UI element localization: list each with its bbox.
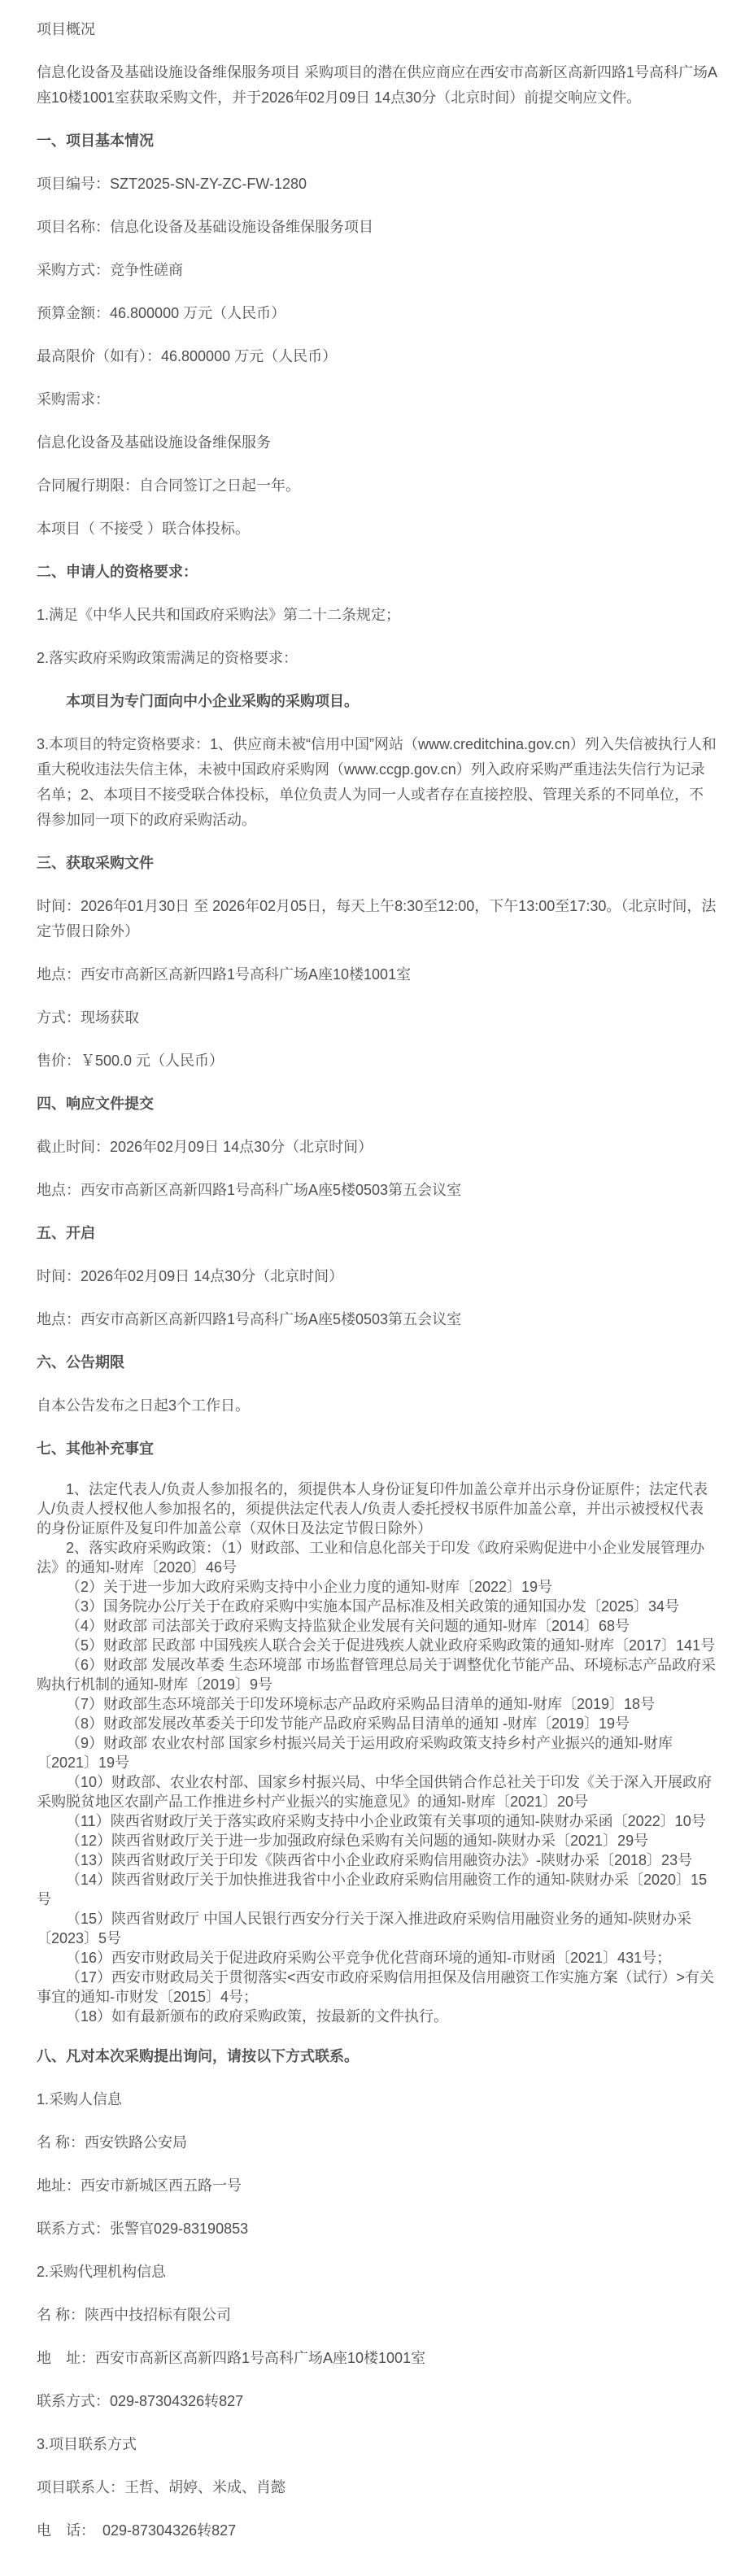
paragraph: 联系方式：029-87304326转827 bbox=[37, 2389, 717, 2414]
policy-item: （14）陕西省财政厅关于加快推进我省中小企业政府采购信用融资工作的通知-陕财办采… bbox=[37, 1870, 717, 1909]
policy-item: （4）财政部 司法部关于政府采购支持监狱企业发展有关问题的通知-财库〔2014〕… bbox=[37, 1616, 717, 1636]
paragraph: 2.采购代理机构信息 bbox=[37, 2260, 717, 2285]
paragraph: 采购需求： bbox=[37, 387, 717, 412]
policy-item: （17）西安市财政局关于贯彻落实<西安市政府采购信用担保及信用融资工作实施方案（… bbox=[37, 1968, 717, 2007]
paragraph: 合同履行期限：自合同签订之日起一年。 bbox=[37, 473, 717, 499]
policy-item: （12）陕西省财政厅关于进一步加强政府绿色采购有关问题的通知-陕财办采〔2021… bbox=[37, 1831, 717, 1850]
policy-item: （16）西安市财政局关于促进政府采购公平竞争优化营商环境的通知-市财函〔2021… bbox=[37, 1948, 717, 1968]
paragraph: 1.采购人信息 bbox=[37, 2087, 717, 2112]
paragraph: 信息化设备及基础设施设备维保服务 bbox=[37, 430, 717, 455]
paragraph: 信息化设备及基础设施设备维保服务项目 采购项目的潜在供应商应在西安市高新区高新四… bbox=[37, 60, 717, 111]
section-heading: 七、其他补充事宜 bbox=[37, 1436, 717, 1462]
section-heading: 六、公告期限 bbox=[37, 1350, 717, 1375]
policy-item: （11）陕西省财政厅关于落实政府采购支持中小企业政策有关事项的通知-陕财办采函〔… bbox=[37, 1811, 717, 1831]
paragraph: 2.落实政府采购政策需满足的资格要求： bbox=[37, 646, 717, 671]
section-heading: 八、凡对本次采购提出询问，请按以下方式联系。 bbox=[37, 2044, 717, 2069]
paragraph: 项目编号：SZT2025-SN-ZY-ZC-FW-1280 bbox=[37, 172, 717, 197]
paragraph: 名 称：陕西中技招标有限公司 bbox=[37, 2303, 717, 2328]
paragraph: 地点：西安市高新区高新四路1号高科广场A座5楼0503第五会议室 bbox=[37, 1178, 717, 1203]
policy-item: （10）财政部、农业农村部、国家乡村振兴局、中华全国供销合作总社关于印发《关于深… bbox=[37, 1772, 717, 1811]
highlight-paragraph: 本项目为专门面向中小企业采购的采购项目。 bbox=[37, 689, 717, 714]
policy-item: （13）陕西省财政厅关于印发《陕西省中小企业政府采购信用融资办法》-陕财办采〔2… bbox=[37, 1850, 717, 1870]
paragraph: 项目名称：信息化设备及基础设施设备维保服务项目 bbox=[37, 215, 717, 240]
paragraph: 项目联系人：王哲、胡婷、米成、肖懿 bbox=[37, 2475, 717, 2500]
policy-item: （3）国务院办公厅关于在政府采购中实施本国产品标准及相关政策的通知国办发〔202… bbox=[37, 1597, 717, 1616]
policy-item: （18）如有最新颁布的政府采购政策，按最新的文件执行。 bbox=[37, 2007, 717, 2026]
paragraph: 联系方式：张警官029-83190853 bbox=[37, 2216, 717, 2242]
paragraph: 自本公告发布之日起3个工作日。 bbox=[37, 1393, 717, 1419]
paragraph: 售价：￥500.0 元（人民币） bbox=[37, 1048, 717, 1074]
policy-item: （6）财政部 发展改革委 生态环境部 市场监督管理总局关于调整优化节能产品、环境… bbox=[37, 1655, 717, 1694]
paragraph: 3.本项目的特定资格要求：1、供应商未被“信用中国”网站（www.creditc… bbox=[37, 732, 717, 833]
paragraph: 地点：西安市高新区高新四路1号高科广场A座10楼1001室 bbox=[37, 962, 717, 987]
paragraph: 本项目（ 不接受 ）联合体投标。 bbox=[37, 517, 717, 542]
paragraph: 最高限价（如有）：46.800000 万元（人民币） bbox=[37, 344, 717, 369]
section-heading: 五、开启 bbox=[37, 1221, 717, 1246]
paragraph: 地址：西安市新城区西五路一号 bbox=[37, 2173, 717, 2199]
paragraph: 时间：2026年02月09日 14点30分（北京时间） bbox=[37, 1264, 717, 1289]
policy-item: 2、落实政府采购政策：（1）财政部、工业和信息化部关于印发《政府采购促进中小企业… bbox=[37, 1538, 717, 1577]
policy-item: （8）财政部发展改革委关于印发节能产品政府采购品目清单的通知 -财库〔2019〕… bbox=[37, 1714, 717, 1733]
paragraph: 采购方式：竞争性磋商 bbox=[37, 258, 717, 283]
paragraph: 电 话： 029-87304326转827 bbox=[37, 2518, 717, 2543]
section-heading: 一、项目基本情况 bbox=[37, 129, 717, 154]
policy-item: 1、法定代表人/负责人参加报名的，须提供本人身份证复印件加盖公章并出示身份证原件… bbox=[37, 1480, 717, 1538]
paragraph: 截止时间：2026年02月09日 14点30分（北京时间） bbox=[37, 1135, 717, 1160]
paragraph: 3.项目联系方式 bbox=[37, 2432, 717, 2457]
paragraph: 地点：西安市高新区高新四路1号高科广场A座5楼0503第五会议室 bbox=[37, 1307, 717, 1332]
policy-item: （5）财政部 民政部 中国残疾人联合会关于促进残疾人就业政府采购政策的通知-财库… bbox=[37, 1636, 717, 1655]
policy-item: （2）关于进一步加大政府采购支持中小企业力度的通知-财库〔2022〕19号 bbox=[37, 1577, 717, 1597]
policy-item: （7）财政部生态环境部关于印发环境标志产品政府采购品目清单的通知-财库〔2019… bbox=[37, 1694, 717, 1714]
procurement-notice-document: 项目概况信息化设备及基础设施设备维保服务项目 采购项目的潜在供应商应在西安市高新… bbox=[0, 0, 754, 2576]
policy-list: 1、法定代表人/负责人参加报名的，须提供本人身份证复印件加盖公章并出示身份证原件… bbox=[37, 1480, 717, 2026]
section-heading: 三、获取采购文件 bbox=[37, 851, 717, 876]
policy-item: （15）陕西省财政厅 中国人民银行西安分行关于深入推进政府采购信用融资业务的通知… bbox=[37, 1909, 717, 1948]
paragraph: 方式：现场获取 bbox=[37, 1005, 717, 1031]
paragraph: 名 称：西安铁路公安局 bbox=[37, 2130, 717, 2155]
paragraph: 地 址：西安市高新区高新四路1号高科广场A座10楼1001室 bbox=[37, 2346, 717, 2371]
paragraph: 预算金额：46.800000 万元（人民币） bbox=[37, 301, 717, 326]
paragraph: 时间：2026年01月30日 至 2026年02月05日，每天上午8:30至12… bbox=[37, 894, 717, 944]
policy-item: （9）财政部 农业农村部 国家乡村振兴局关于运用政府采购政策支持乡村产业振兴的通… bbox=[37, 1733, 717, 1772]
section-heading: 二、申请人的资格要求： bbox=[37, 560, 717, 585]
paragraph: 项目概况 bbox=[37, 17, 717, 42]
paragraph: 1.满足《中华人民共和国政府采购法》第二十二条规定； bbox=[37, 603, 717, 628]
section-heading: 四、响应文件提交 bbox=[37, 1092, 717, 1117]
